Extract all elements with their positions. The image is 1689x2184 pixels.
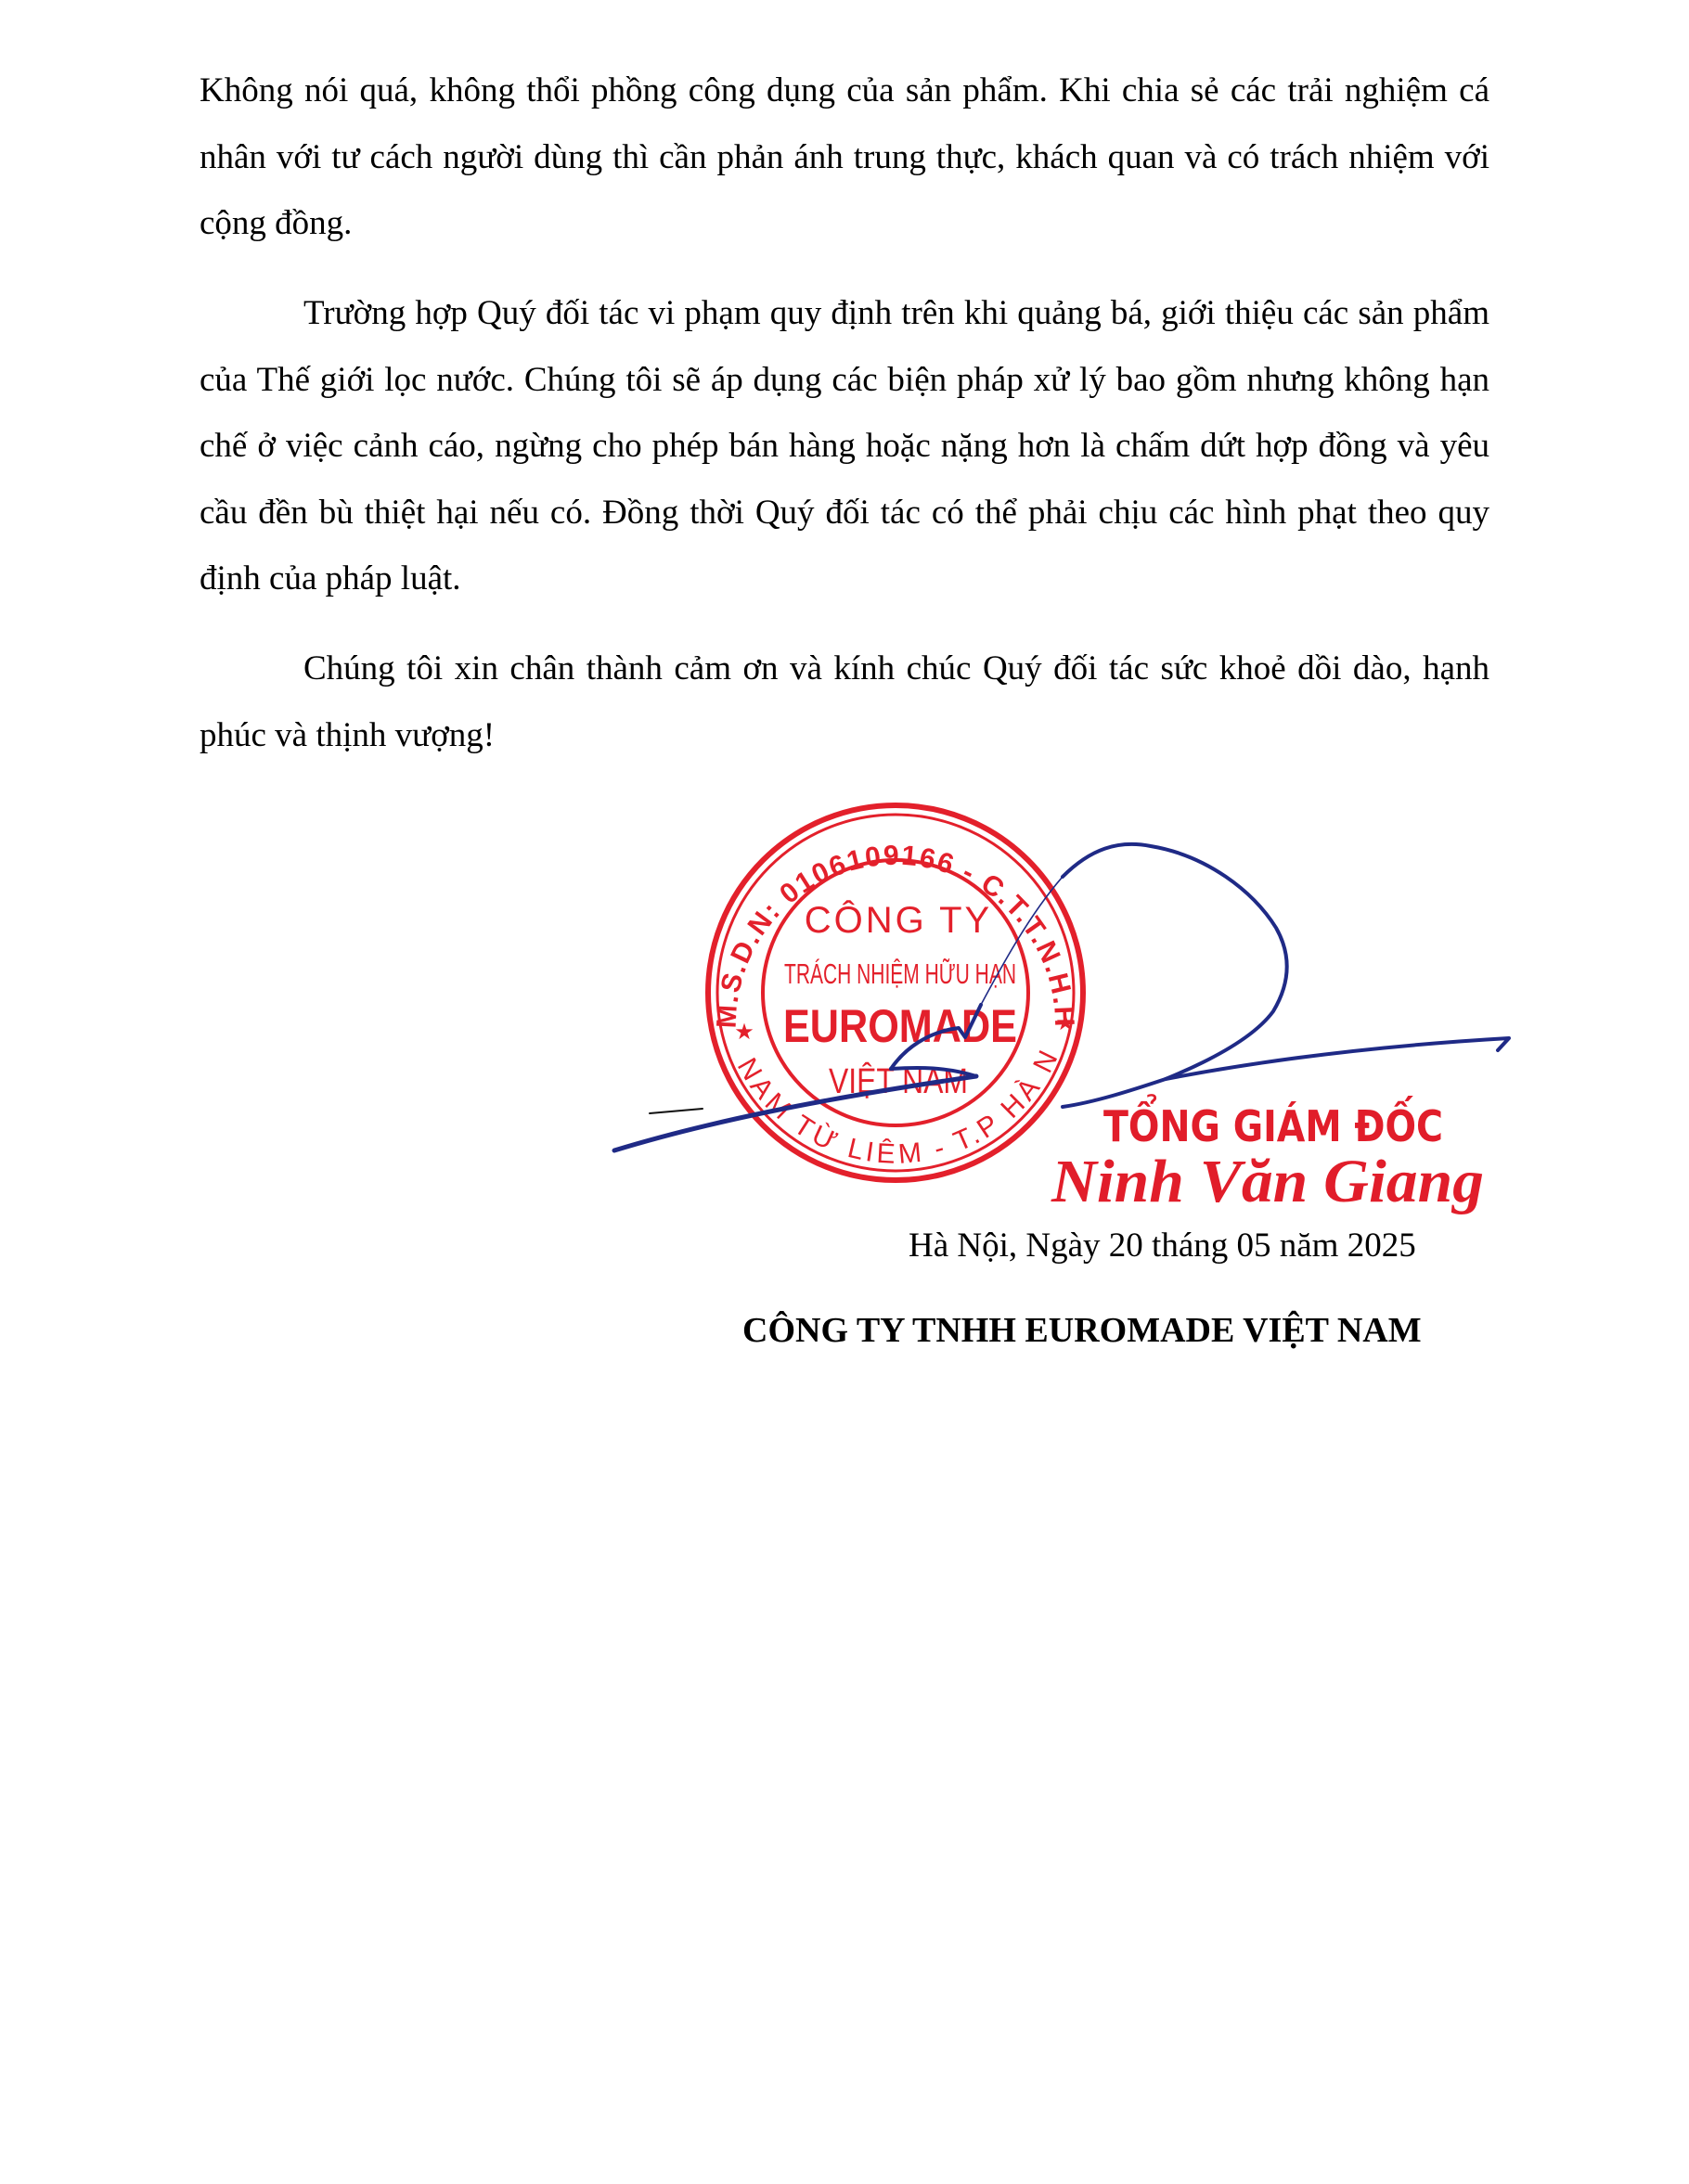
stamp-line-company: CÔNG TY bbox=[805, 899, 993, 941]
stamp-star-left-icon: ★ bbox=[734, 1019, 754, 1045]
signatory-name: Ninh Văn Giang bbox=[1051, 1148, 1484, 1215]
stamp-line-type: TRÁCH NHIỆM HỮU HẠN bbox=[784, 957, 1016, 990]
stamp-line-brand: EUROMADE bbox=[783, 1000, 1017, 1052]
date-line: Hà Nội, Ngày 20 tháng 05 năm 2025 bbox=[909, 1223, 1416, 1269]
paragraph-1: Không nói quá, không thổi phồng công dụn… bbox=[200, 58, 1489, 257]
paragraph-3: Chúng tôi xin chân thành cảm ơn và kính … bbox=[200, 636, 1489, 768]
company-name: CÔNG TY TNHH EUROMADE VIỆT NAM bbox=[742, 1306, 1422, 1355]
signatory-title: TỔNG GIÁM ĐỐC bbox=[1103, 1094, 1443, 1151]
paragraph-2: Trường hợp Quý đối tác vi phạm quy định … bbox=[200, 280, 1489, 612]
stamp-star-right-icon: ★ bbox=[1055, 1009, 1076, 1035]
document-page: Không nói quá, không thổi phồng công dụn… bbox=[0, 0, 1689, 2184]
